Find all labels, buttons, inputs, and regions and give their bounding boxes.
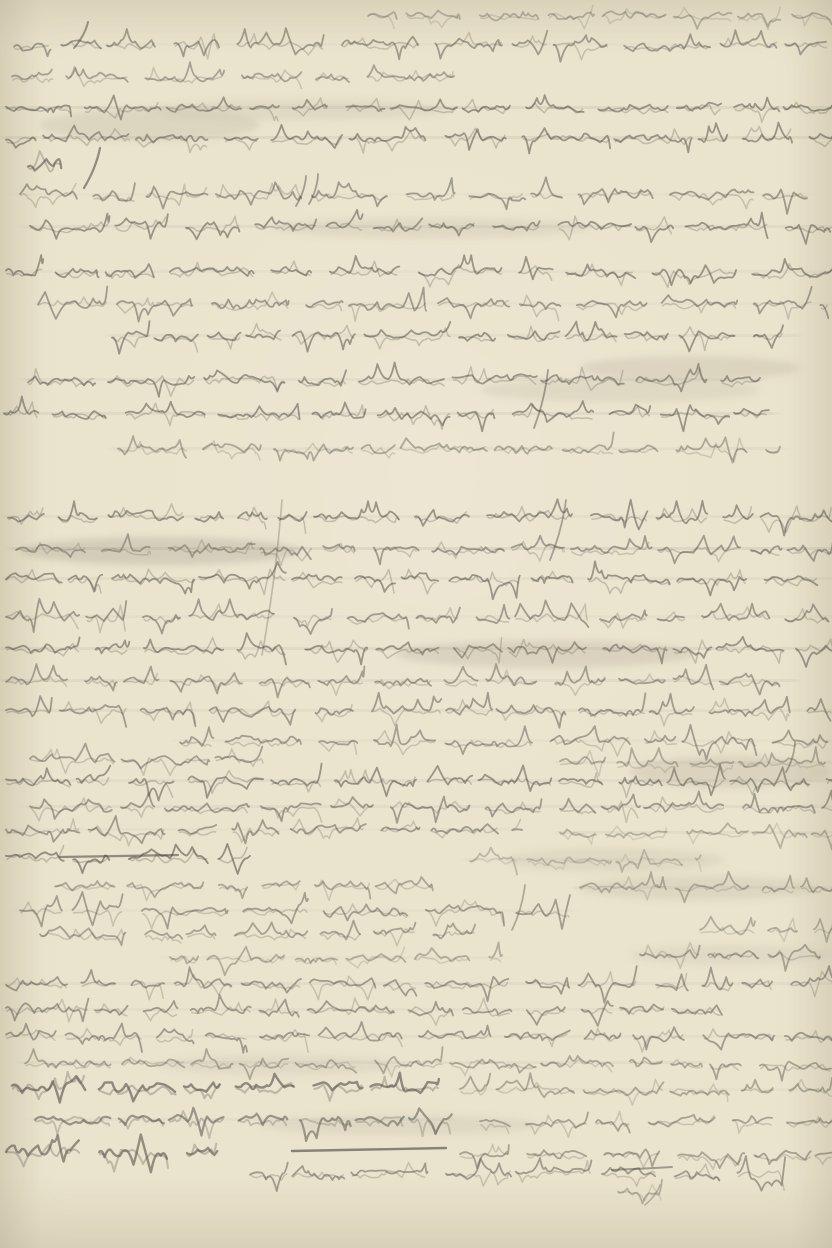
handwriting-strokes bbox=[4, 5, 832, 1205]
handwriting-svg: Scanned page of a handwritten manuscript… bbox=[0, 0, 832, 1248]
manuscript-page: Scanned page of a handwritten manuscript… bbox=[0, 0, 832, 1248]
